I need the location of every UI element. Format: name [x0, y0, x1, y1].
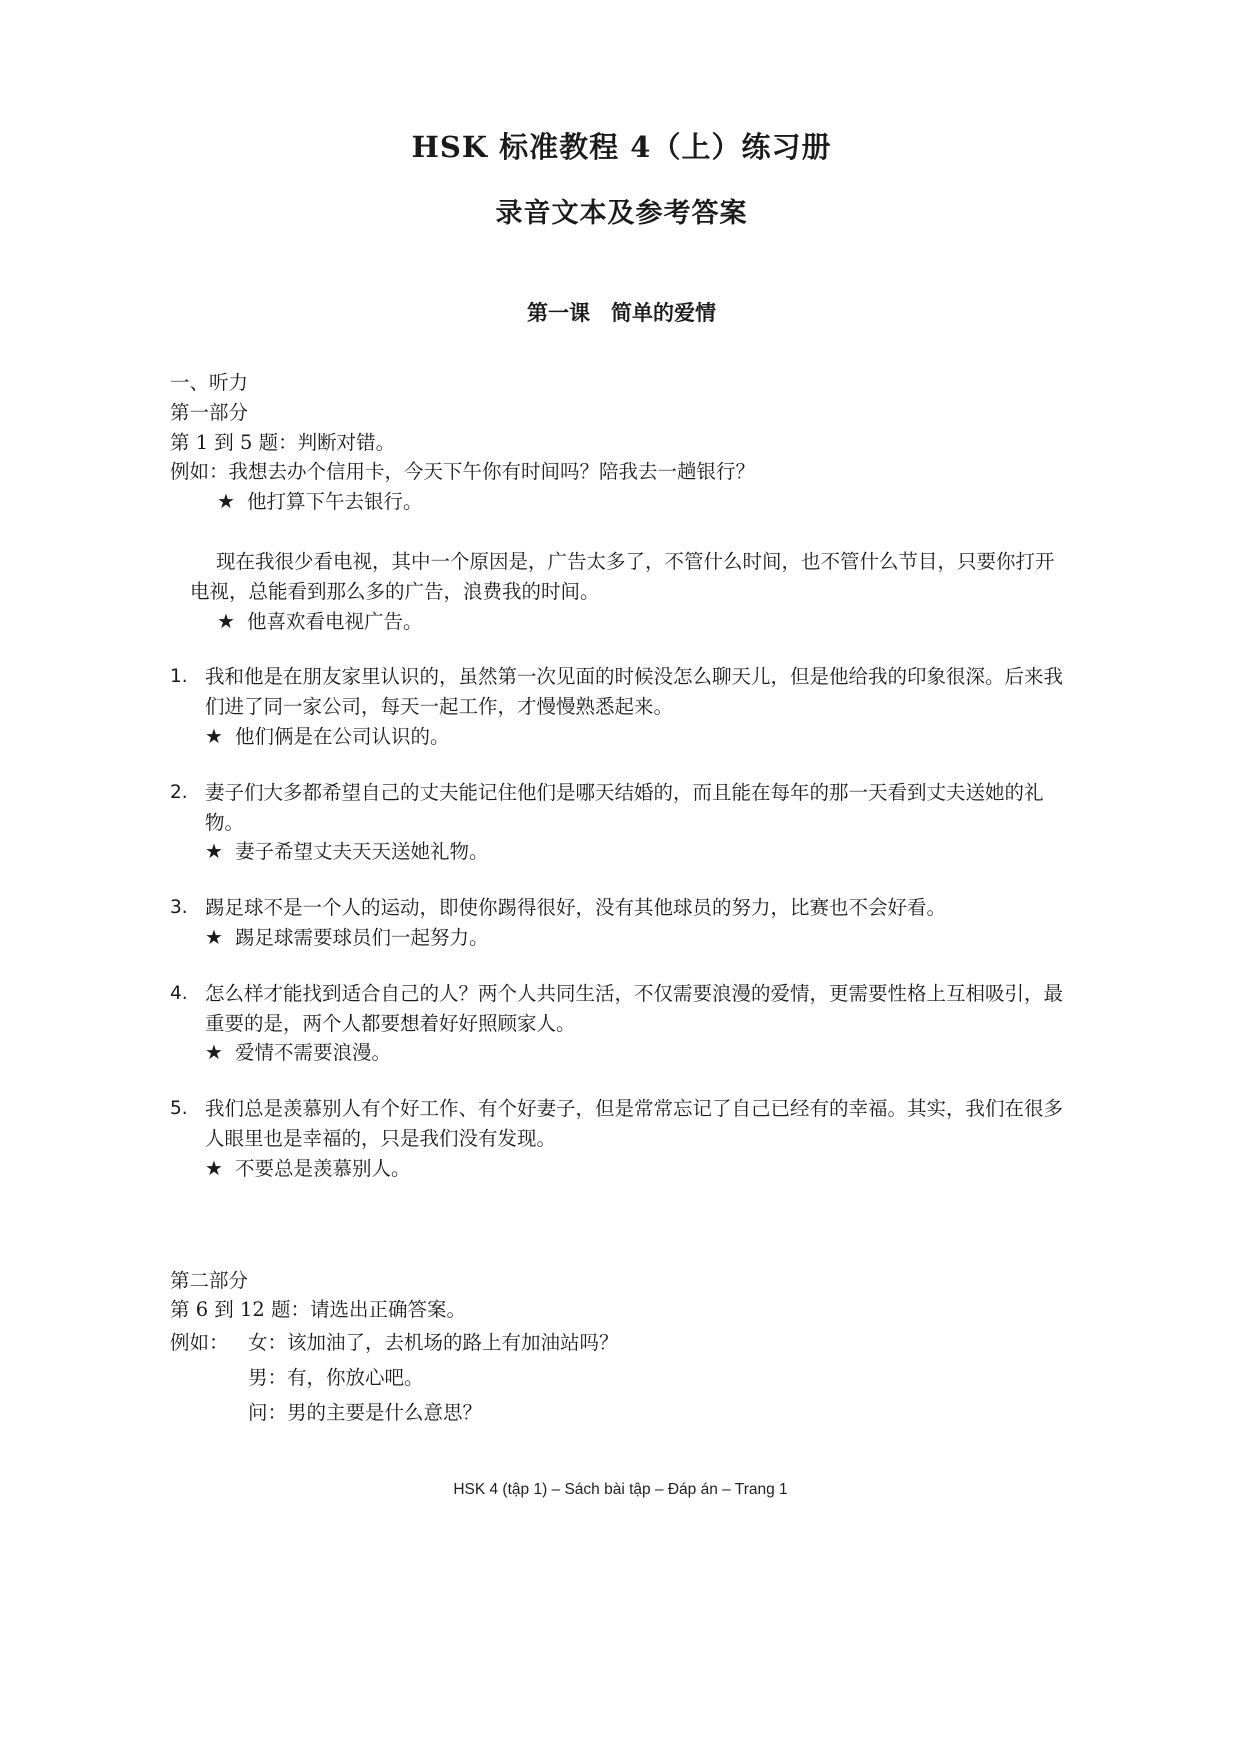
item-number: 3.: [170, 893, 205, 953]
document-page: HSK 标准教程 4（上）练习册 录音文本及参考答案 第一课 简单的爱情 一、听…: [0, 0, 1241, 1754]
list-item-2: 2. 妻子们大多都希望自己的丈夫能记住他们是哪天结婚的，而且能在每年的那一天看到…: [170, 778, 1073, 867]
dialogue-line-question: 问：男的主要是什么意思？: [170, 1395, 1073, 1430]
item-text: 妻子们大多都希望自己的丈夫能记住他们是哪天结婚的，而且能在每年的那一天看到丈夫送…: [205, 781, 1044, 834]
star-icon: ★: [205, 839, 223, 863]
star-icon: ★: [217, 609, 235, 633]
item-answer-line: ★妻子希望丈夫天天送她礼物。: [205, 837, 1073, 867]
item-answer: 妻子希望丈夫天天送她礼物。: [235, 840, 489, 863]
example-label: 例如：: [170, 1325, 248, 1360]
part2-section: 第二部分 第 6 到 12 题：请选出正确答案。 例如：女：该加油了，去机场的路…: [170, 1266, 1073, 1431]
star-icon: ★: [205, 1040, 223, 1064]
item-number: 4.: [170, 979, 205, 1068]
part2-instructions: 第 6 到 12 题：请选出正确答案。: [170, 1295, 1073, 1325]
item-number: 1.: [170, 662, 205, 751]
item-text: 怎么样才能找到适合自己的人？两个人共同生活，不仅需要浪漫的爱情，更需要性格上互相…: [205, 982, 1063, 1035]
dialogue-line-woman: 女：该加油了，去机场的路上有加油站吗？: [248, 1325, 619, 1360]
page-footer: HSK 4 (tập 1) – Sách bài tập – Đáp án – …: [0, 1481, 1241, 1499]
part2-example-row: 例如：女：该加油了，去机场的路上有加油站吗？: [170, 1325, 1073, 1360]
document-subtitle: 录音文本及参考答案: [170, 194, 1073, 234]
item-text: 我们总是羡慕别人有个好工作、有个好妻子，但是常常忘记了自己已经有的幸福。其实，我…: [205, 1097, 1063, 1150]
item-answer: 踢足球需要球员们一起努力。: [235, 926, 489, 949]
item-answer: 他们俩是在公司认识的。: [235, 725, 450, 748]
item-number: 5.: [170, 1094, 205, 1183]
item-answer-line: ★不要总是羡慕别人。: [205, 1154, 1073, 1184]
list-item-4: 4. 怎么样才能找到适合自己的人？两个人共同生活，不仅需要浪漫的爱情，更需要性格…: [170, 979, 1073, 1068]
tv-paragraph: 现在我很少看电视，其中一个原因是，广告太多了，不管什么时间，也不管什么节目，只要…: [190, 547, 1073, 607]
item-answer-line: ★踢足球需要球员们一起努力。: [205, 923, 1073, 953]
star-icon: ★: [205, 724, 223, 748]
item-body: 踢足球不是一个人的运动，即使你踢得很好，没有其他球员的努力，比赛也不会好看。 ★…: [205, 893, 1073, 953]
star-icon: ★: [217, 489, 235, 513]
list-item-3: 3. 踢足球不是一个人的运动，即使你踢得很好，没有其他球员的努力，比赛也不会好看…: [170, 893, 1073, 953]
dialogue-line-man: 男：有，你放心吧。: [170, 1360, 1073, 1395]
tv-answer: 他喜欢看电视广告。: [247, 610, 423, 633]
item-body: 怎么样才能找到适合自己的人？两个人共同生活，不仅需要浪漫的爱情，更需要性格上互相…: [205, 979, 1073, 1068]
item-body: 我和他是在朋友家里认识的，虽然第一次见面的时候没怎么聊天儿，但是他给我的印象很深…: [205, 662, 1073, 751]
item-number: 2.: [170, 778, 205, 867]
list-item-5: 5. 我们总是羡慕别人有个好工作、有个好妻子，但是常常忘记了自己已经有的幸福。其…: [170, 1094, 1073, 1183]
example-answer: 他打算下午去银行。: [247, 490, 423, 513]
star-icon: ★: [205, 1156, 223, 1180]
list-item-1: 1. 我和他是在朋友家里认识的，虽然第一次见面的时候没怎么聊天儿，但是他给我的印…: [170, 662, 1073, 751]
item-body: 妻子们大多都希望自己的丈夫能记住他们是哪天结婚的，而且能在每年的那一天看到丈夫送…: [205, 778, 1073, 867]
tv-answer-line: ★他喜欢看电视广告。: [170, 607, 1073, 637]
example-answer-line: ★他打算下午去银行。: [170, 487, 1073, 517]
example-text: 我想去办个信用卡，今天下午你有时间吗？陪我去一趟银行？: [229, 457, 1073, 487]
document-title: HSK 标准教程 4（上）练习册: [170, 126, 1073, 168]
item-answer-line: ★爱情不需要浪漫。: [205, 1038, 1073, 1068]
lesson-heading: 第一课 简单的爱情: [170, 298, 1073, 328]
item-text: 我和他是在朋友家里认识的，虽然第一次见面的时候没怎么聊天儿，但是他给我的印象很深…: [205, 665, 1063, 718]
item-answer: 爱情不需要浪漫。: [235, 1041, 391, 1064]
part2-heading: 第二部分: [170, 1266, 1073, 1296]
star-icon: ★: [205, 925, 223, 949]
item-answer: 不要总是羡慕别人。: [235, 1157, 411, 1180]
item-answer-line: ★他们俩是在公司认识的。: [205, 722, 1073, 752]
part1-heading: 第一部分: [170, 398, 1073, 428]
item-text: 踢足球不是一个人的运动，即使你踢得很好，没有其他球员的努力，比赛也不会好看。: [205, 896, 946, 919]
item-body: 我们总是羡慕别人有个好工作、有个好妻子，但是常常忘记了自己已经有的幸福。其实，我…: [205, 1094, 1073, 1183]
part1-instructions: 第 1 到 5 题：判断对错。: [170, 428, 1073, 458]
example-label: 例如：: [170, 457, 229, 487]
section-listening-label: 一、听力: [170, 368, 1073, 398]
part1-example: 例如：我想去办个信用卡，今天下午你有时间吗？陪我去一趟银行？: [170, 457, 1073, 487]
